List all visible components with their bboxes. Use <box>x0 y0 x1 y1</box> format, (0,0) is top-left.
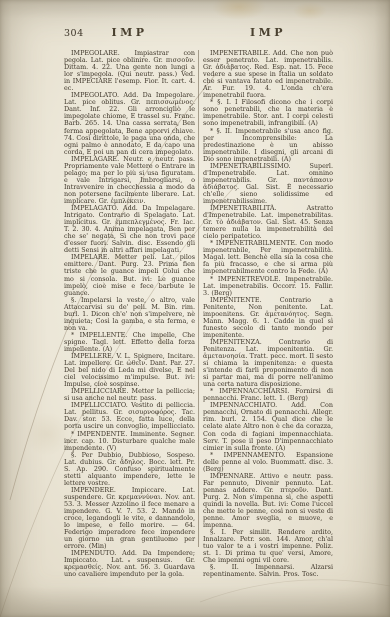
paper-stain <box>212 0 266 20</box>
dictionary-entry: §. II. Impennarsi. Alzarsi repentinament… <box>203 564 333 578</box>
running-head-right: IMP <box>203 26 333 39</box>
dictionary-entry: IMPENDERE. Impiccare. Lat. suspendere. G… <box>64 487 195 550</box>
dictionary-entry: §. Per Dubbio, Dubbioso, Sospeso. Lat. d… <box>64 452 195 487</box>
dictionary-entry: IMPELAGATO. Add. Da Impelagare. Intrigat… <box>64 205 195 254</box>
dictionary-entry: * §. II. Impenetrabile s'usa anco fig. p… <box>203 128 333 163</box>
dictionary-entry: * IMPENNACCHIARSI. Fornirsi di pennacchi… <box>203 388 333 402</box>
dictionary-entry: IMPENDUTO. Add. Da Impendere; Impiccato.… <box>64 550 195 578</box>
dictionary-entry: IMPEGOLARE. Impiastrar con pegola. Lat. … <box>64 50 195 92</box>
dictionary-entry: IMPENITENZA. Contrario di Penitenza. Lat… <box>203 339 333 388</box>
dictionary-entry: §. Impelarsi la veste, o altro, vale Att… <box>64 297 195 332</box>
ink-speck <box>128 560 130 562</box>
dictionary-entry: * IMPENDENTE. Imminente. Segner. incr. c… <box>64 431 195 452</box>
running-head-left: IMP <box>64 26 195 39</box>
dictionary-entry: IMPENNACCHIATO. Add. Con pennacchi, Orna… <box>203 402 333 451</box>
dictionary-entry: IMPELAGARE. Neutr. e neutr. pass. Propri… <box>64 156 195 205</box>
dictionary-entry: IMPELLICCIARE. Metter la pelliccia; si u… <box>64 388 195 402</box>
dictionary-entry: IMPELLICCIATO. Vestito di pelliccia. Lat… <box>64 402 195 430</box>
dictionary-entry: §. I. Per similit. Rendere ardito, Innal… <box>203 529 333 564</box>
paper-stain <box>293 2 327 20</box>
dictionary-entry: IMPENITENTE. Contrario a Penitente, Non … <box>203 297 333 339</box>
right-column: IMPENETRABILE. Add. Che non può esser pe… <box>203 50 333 579</box>
left-column: IMPEGOLARE. Impiastrar con pegola. Lat. … <box>64 50 195 579</box>
dictionary-entry: IMPENNARE. Attivo e neutr. pass. Far pen… <box>203 473 333 529</box>
dictionary-entry: IMPELLERE. V. L. Spignere, Incitare. Lat… <box>64 353 195 388</box>
dictionary-entry: * IMPENETRABILMENTE. Con modo impenetrab… <box>203 240 333 275</box>
dictionary-entry: * IMPELLENTE. Che impelle, Che spigne. T… <box>64 332 195 353</box>
dictionary-entry: * IMPENNAMENTO. Espansione delle penne a… <box>203 452 333 473</box>
dictionary-entry: IMPELARE. Metter peli. Lat. pilos emitte… <box>64 254 195 296</box>
scanned-dictionary-page: 304 IMP IMP IMPEGOLARE. Impiastrar con p… <box>0 0 390 617</box>
dictionary-entry: * §. I. I Filosofi dicono che i corpi so… <box>203 99 333 127</box>
dictionary-entry: IMPENETRABILITÀ. Astratto d'Impenetrabil… <box>203 205 333 240</box>
dictionary-entry: IMPENETRABILE. Add. Che non può esser pe… <box>203 50 333 99</box>
column-divider-rule <box>198 50 199 547</box>
dictionary-entry: IMPEGOLATO. Add. Da Impegolare. Lat. pic… <box>64 92 195 155</box>
dictionary-entry: * IMPENETREVOLE. Impenetrabile. Lat. imp… <box>203 276 333 297</box>
dictionary-entry: IMPENETRABILISSIMO. Superl. d'Impenetrab… <box>203 163 333 205</box>
